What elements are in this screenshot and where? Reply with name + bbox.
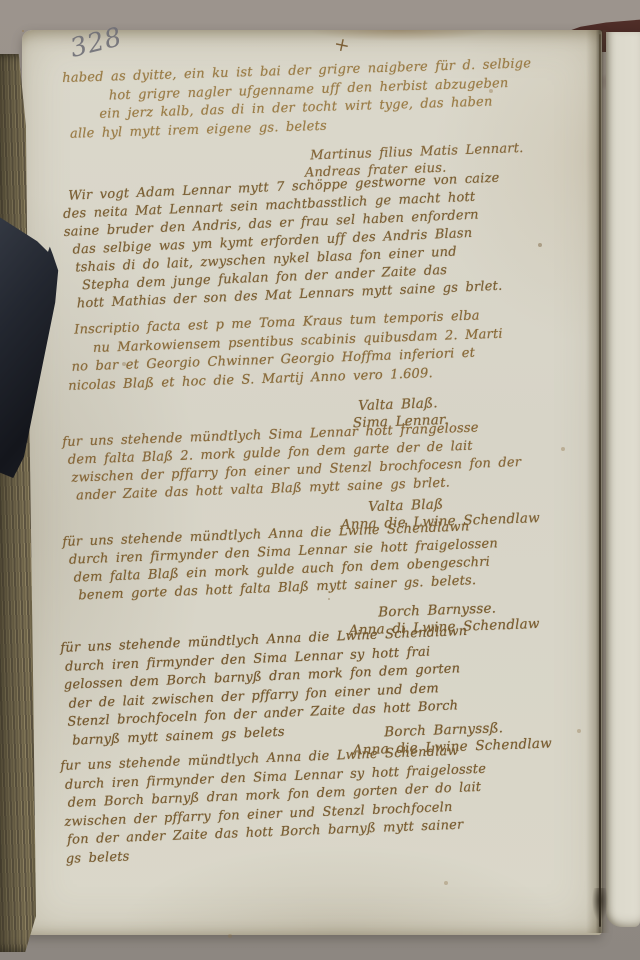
foxing-spots xyxy=(22,30,24,32)
gutter-shadow xyxy=(586,30,610,933)
paragraph-3-latin: Inscriptio facta est p me Toma Kraus tum… xyxy=(62,307,504,396)
gutter-fold-line xyxy=(599,34,601,927)
gutter-bottom-shadow xyxy=(592,888,608,930)
facing-page-sliver xyxy=(606,32,640,927)
paragraph-1: habed as dyitte, ein ku ist bai der grig… xyxy=(62,55,533,144)
paragraph-2: Wir vogt Adam Lennar mytt 7 schöppe gest… xyxy=(62,170,504,314)
manuscript-photo: 328 + habed as dyitte, ein ku ist bai de… xyxy=(0,0,640,960)
paragraph-7: fur uns stehende mündtlych Anna die Lwin… xyxy=(60,742,489,869)
